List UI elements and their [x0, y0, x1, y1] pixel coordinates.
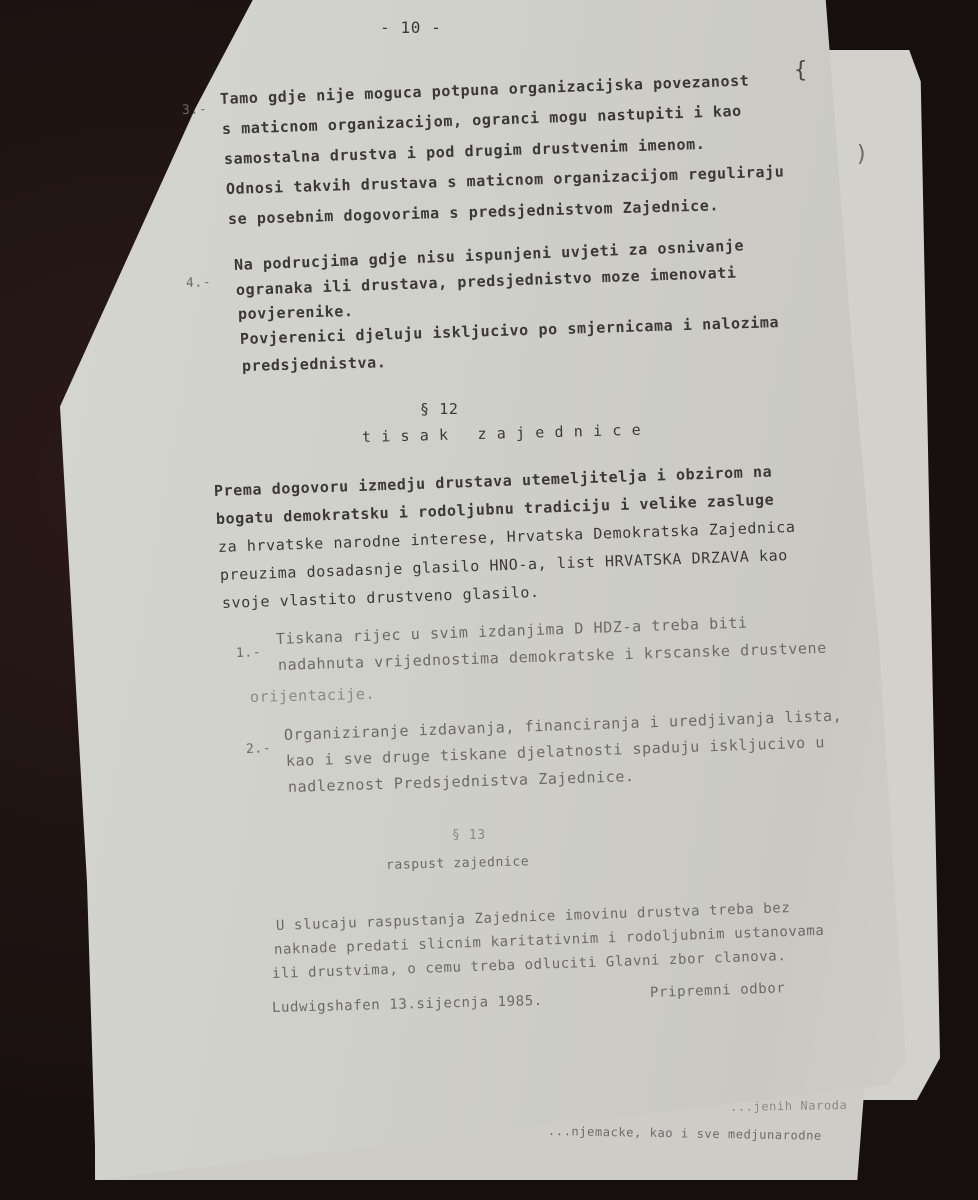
document-page: - 10 - { ) 3.- Tamo gdje nije moguca pot…: [0, 0, 978, 1200]
text-line: predsjednistva.: [242, 353, 387, 375]
margin-brace-mark: {: [794, 58, 808, 83]
section-title: t i s a k z a j e d n i c e: [362, 421, 642, 446]
margin-paren-mark: ): [855, 142, 869, 167]
text-line: se posebnim dogovorima s predsjednistvom…: [228, 196, 719, 228]
text-line: samostalna drustva i pod drugim drustven…: [224, 135, 706, 168]
text-line: Tamo gdje nije moguca potpuna organizaci…: [220, 72, 750, 108]
text-line: s maticnom organizacijom, ogranci mogu n…: [222, 102, 742, 138]
item-number: 2.-: [246, 741, 272, 757]
text-line: povjerenike.: [238, 302, 354, 323]
text-line: orijentacije.: [250, 685, 376, 706]
text-line: nadleznost Predsjednistva Zajednice.: [288, 767, 635, 796]
section-number: § 13: [452, 828, 486, 843]
item-number: 1.-: [236, 645, 262, 661]
signature: Pripremni odbor: [650, 980, 786, 1001]
text-line: ...njemacke, kao i sve medjunarodne: [548, 1124, 822, 1143]
page-number: - 10 -: [380, 18, 441, 37]
text-line: Odnosi takvih drustava s maticnom organi…: [226, 162, 785, 198]
section-number: § 12: [420, 400, 459, 418]
text-line: svoje vlastito drustveno glasilo.: [222, 583, 540, 612]
text-line: ...jenih Naroda: [730, 1098, 848, 1114]
paragraph-number: 3.-: [182, 102, 208, 118]
section-title: raspust zajednice: [386, 854, 530, 873]
paragraph-number: 4.-: [186, 275, 212, 291]
place-date: Ludwigshafen 13.sijecnja 1985.: [272, 993, 543, 1016]
